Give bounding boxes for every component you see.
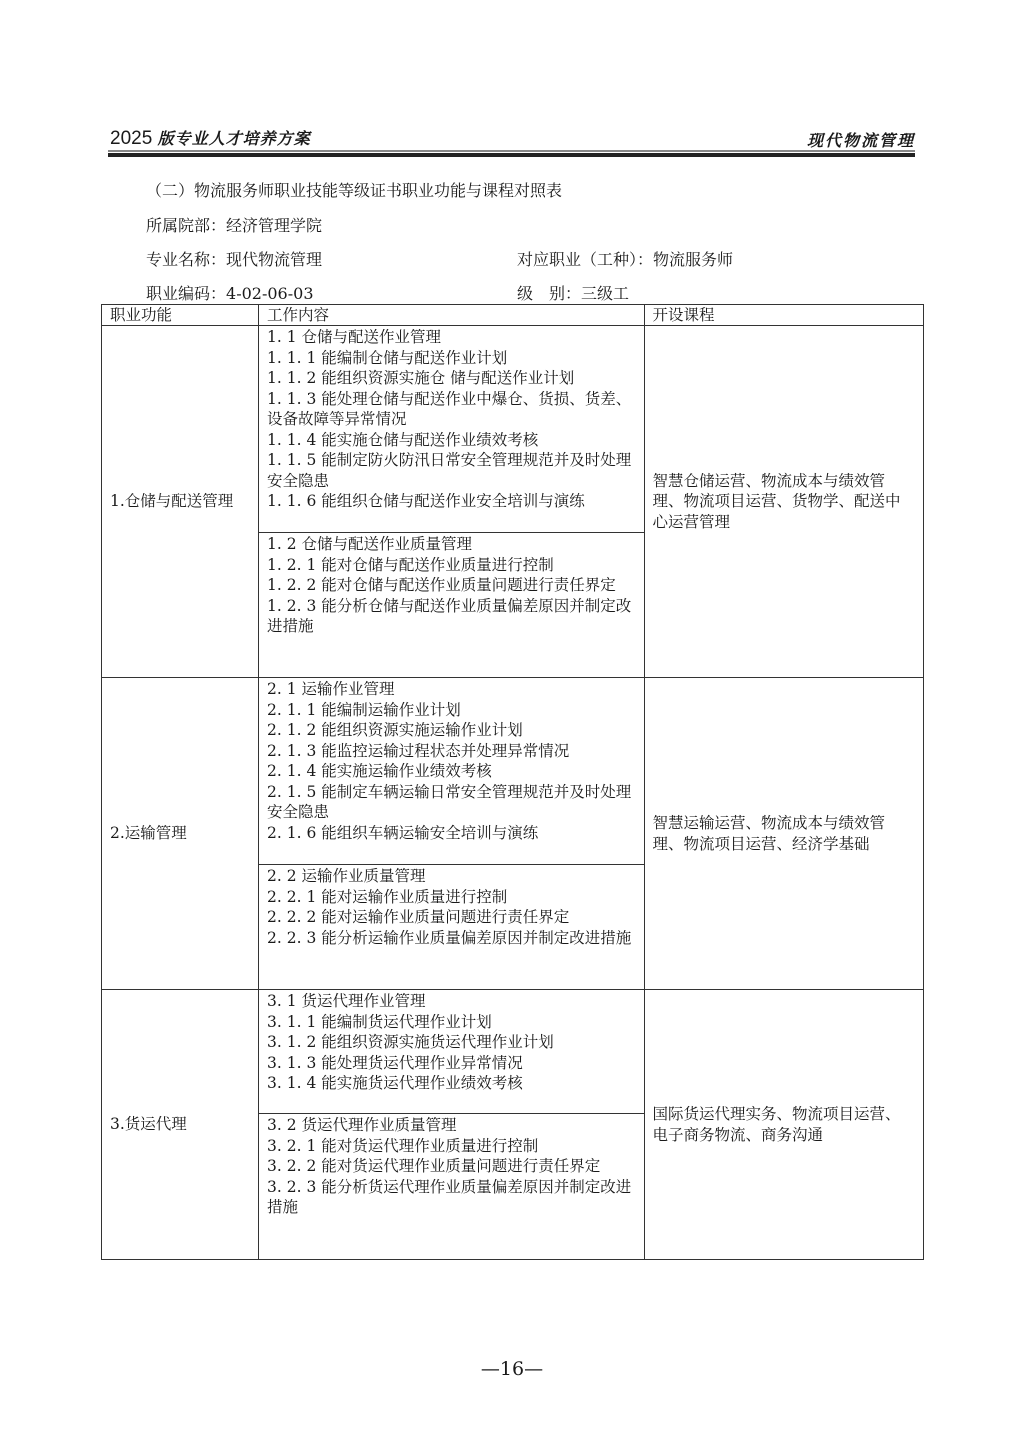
work-item: 2. 1. 5 能制定车辆运输日常安全管理规范并及时处理安全隐患 xyxy=(267,782,636,823)
header-year: 2025 xyxy=(110,128,152,149)
table-row: 3.货运代理 3. 1 货运代理作业管理 3. 1. 1 能编制货运代理作业计划… xyxy=(102,990,924,1260)
occupation-value: 物流服务师 xyxy=(653,250,733,269)
work-item: 2. 2. 1 能对运输作业质量进行控制 xyxy=(267,887,636,908)
work-cell: 3. 1 货运代理作业管理 3. 1. 1 能编制货运代理作业计划 3. 1. … xyxy=(259,990,645,1260)
work-item: 3. 1. 1 能编制货运代理作业计划 xyxy=(267,1012,636,1033)
work-item: 3. 2. 1 能对货运代理作业质量进行控制 xyxy=(267,1136,636,1157)
page-number: —16— xyxy=(0,1358,1024,1380)
work-item: 1. 2. 3 能分析仓储与配送作业质量偏差原因并制定改进措施 xyxy=(267,596,636,637)
work-block: 1. 1 仓储与配送作业管理 1. 1. 1 能编制仓储与配送作业计划 1. 1… xyxy=(259,326,644,532)
header-left: 2025 版专业人才培养方案 xyxy=(110,126,311,150)
courses-cell: 国际货运代理实务、物流项目运营、电子商务物流、商务沟通 xyxy=(644,990,923,1260)
level-value: 三级工 xyxy=(581,284,629,303)
work-item: 3. 2 货运代理作业质量管理 xyxy=(267,1115,636,1136)
code-label: 职业编码： xyxy=(146,284,226,303)
section-title: （二）物流服务师职业技能等级证书职业功能与课程对照表 xyxy=(146,178,562,201)
function-cell: 3.货运代理 xyxy=(102,990,259,1260)
work-item: 1. 1 仓储与配送作业管理 xyxy=(267,327,636,348)
work-item: 3. 1. 3 能处理货运代理作业异常情况 xyxy=(267,1053,636,1074)
header-rule-thick xyxy=(108,153,915,157)
header-work: 工作内容 xyxy=(259,305,645,326)
work-item: 1. 1. 3 能处理仓储与配送作业中爆仓、货损、货差、设备故障等异常情况 xyxy=(267,389,636,430)
code-line: 职业编码：4-02-06-03 xyxy=(146,281,314,304)
work-item: 2. 2. 2 能对运输作业质量问题进行责任界定 xyxy=(267,907,636,928)
function-cell: 1.仓储与配送管理 xyxy=(102,326,259,678)
work-item: 3. 1 货运代理作业管理 xyxy=(267,991,636,1012)
work-block: 2. 1 运输作业管理 2. 1. 1 能编制运输作业计划 2. 1. 2 能组… xyxy=(259,678,644,864)
table-row: 1.仓储与配送管理 1. 1 仓储与配送作业管理 1. 1. 1 能编制仓储与配… xyxy=(102,326,924,678)
major-line: 专业名称：现代物流管理 xyxy=(146,247,322,270)
work-item: 2. 1. 3 能监控运输过程状态并处理异常情况 xyxy=(267,741,636,762)
work-item: 2. 1. 6 能组织车辆运输安全培训与演练 xyxy=(267,823,636,844)
level-line: 级 别：三级工 xyxy=(517,281,629,304)
work-item: 2. 1. 1 能编制运输作业计划 xyxy=(267,700,636,721)
work-cell: 1. 1 仓储与配送作业管理 1. 1. 1 能编制仓储与配送作业计划 1. 1… xyxy=(259,326,645,678)
page-header: 2025 版专业人才培养方案 现代物流管理 xyxy=(110,126,915,148)
work-item: 2. 1. 4 能实施运输作业绩效考核 xyxy=(267,761,636,782)
function-course-table: 职业功能 工作内容 开设课程 1.仓储与配送管理 1. 1 仓储与配送作业管理 … xyxy=(101,304,924,1260)
occupation-line: 对应职业（工种）：物流服务师 xyxy=(517,247,733,270)
department-label: 所属院部： xyxy=(146,216,226,235)
major-label: 专业名称： xyxy=(146,250,226,269)
occupation-label: 对应职业（工种）： xyxy=(517,250,653,269)
work-item: 1. 2. 1 能对仓储与配送作业质量进行控制 xyxy=(267,555,636,576)
department-line: 所属院部：经济管理学院 xyxy=(146,213,322,236)
table-row: 2.运输管理 2. 1 运输作业管理 2. 1. 1 能编制运输作业计划 2. … xyxy=(102,678,924,990)
level-label: 级 别： xyxy=(517,284,581,303)
header-major: 现代物流管理 xyxy=(807,128,915,151)
work-item: 1. 1. 4 能实施仓储与配送作业绩效考核 xyxy=(267,430,636,451)
table-header-row: 职业功能 工作内容 开设课程 xyxy=(102,305,924,326)
work-item: 3. 1. 4 能实施货运代理作业绩效考核 xyxy=(267,1073,636,1094)
header-title: 版专业人才培养方案 xyxy=(158,129,311,148)
work-block: 3. 2 货运代理作业质量管理 3. 2. 1 能对货运代理作业质量进行控制 3… xyxy=(259,1113,644,1259)
department-value: 经济管理学院 xyxy=(226,216,322,235)
work-item: 3. 2. 3 能分析货运代理作业质量偏差原因并制定改进措施 xyxy=(267,1177,636,1218)
courses-cell: 智慧运输运营、物流成本与绩效管理、物流项目运营、经济学基础 xyxy=(644,678,923,990)
work-item: 1. 2. 2 能对仓储与配送作业质量问题进行责任界定 xyxy=(267,575,636,596)
work-item: 1. 2 仓储与配送作业质量管理 xyxy=(267,534,636,555)
header-courses: 开设课程 xyxy=(644,305,923,326)
work-block: 2. 2 运输作业质量管理 2. 2. 1 能对运输作业质量进行控制 2. 2.… xyxy=(259,864,644,989)
work-item: 1. 1. 5 能制定防火防汛日常安全管理规范并及时处理安全隐患 xyxy=(267,450,636,491)
work-cell: 2. 1 运输作业管理 2. 1. 1 能编制运输作业计划 2. 1. 2 能组… xyxy=(259,678,645,990)
function-cell: 2.运输管理 xyxy=(102,678,259,990)
work-item: 1. 1. 6 能组织仓储与配送作业安全培训与演练 xyxy=(267,491,636,512)
code-value: 4-02-06-03 xyxy=(226,284,313,303)
work-item: 2. 1 运输作业管理 xyxy=(267,679,636,700)
work-item: 2. 2. 3 能分析运输作业质量偏差原因并制定改进措施 xyxy=(267,928,636,949)
major-value: 现代物流管理 xyxy=(226,250,322,269)
work-item: 2. 2 运输作业质量管理 xyxy=(267,866,636,887)
work-block: 1. 2 仓储与配送作业质量管理 1. 2. 1 能对仓储与配送作业质量进行控制… xyxy=(259,532,644,677)
work-item: 3. 2. 2 能对货运代理作业质量问题进行责任界定 xyxy=(267,1156,636,1177)
header-rule-thin xyxy=(108,150,915,152)
header-function: 职业功能 xyxy=(102,305,259,326)
courses-cell: 智慧仓储运营、物流成本与绩效管理、物流项目运营、货物学、配送中心运营管理 xyxy=(644,326,923,678)
work-item: 1. 1. 1 能编制仓储与配送作业计划 xyxy=(267,348,636,369)
work-block: 3. 1 货运代理作业管理 3. 1. 1 能编制货运代理作业计划 3. 1. … xyxy=(259,990,644,1113)
work-item: 1. 1. 2 能组织资源实施仓 储与配送作业计划 xyxy=(267,368,636,389)
work-item: 2. 1. 2 能组织资源实施运输作业计划 xyxy=(267,720,636,741)
work-item: 3. 1. 2 能组织资源实施货运代理作业计划 xyxy=(267,1032,636,1053)
